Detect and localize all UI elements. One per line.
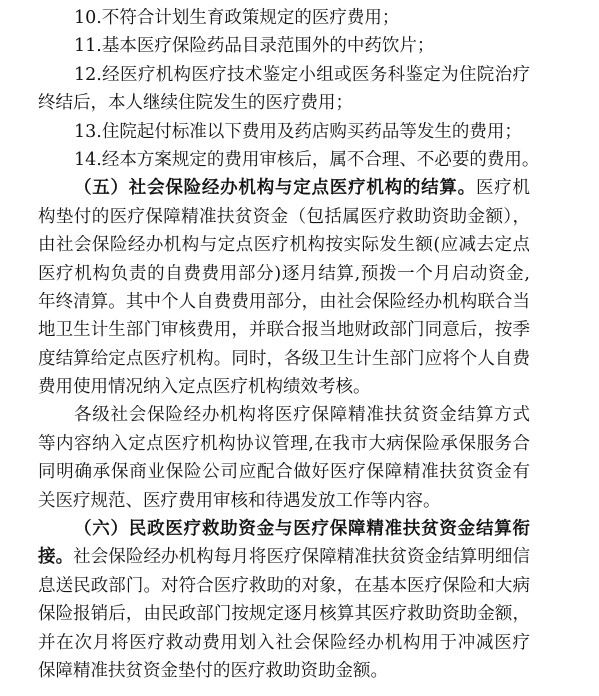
text-line: 14.经本方案规定的费用审核后，属不合理、不必要的费用。 [74, 146, 530, 174]
text-line: 同明确承保商业保险公司应配合做好医疗保障精准扶贫资金有 [38, 458, 530, 486]
text-line: 保险报销后，由民政部门按规定逐月核算其医疗救助资助金额， [38, 600, 530, 628]
paragraph-agreement-management: 各级社会保险经办机构将医疗保障精准扶贫资金结算方式 等内容纳入定点医疗机构协议管… [0, 401, 599, 515]
text-line: 医疗机构负责的自费费用部分)逐月结算,预拨一个月启动资金, [38, 260, 530, 288]
section-6-civil-affairs-linkage: （六）民政医疗救助资金与医疗保障精准扶贫资金结算衔 接。社会保险经办机构每月将医… [0, 515, 599, 685]
section-heading: （六）民政医疗救助资金与医疗保障精准扶贫资金结算衔 [74, 519, 530, 539]
body-text: 医疗机 [476, 178, 530, 198]
text-line: 构垫付的医疗保障精准扶贫资金（包括属医疗救助资助金额）， [38, 203, 530, 231]
text-line: 13.住院起付标准以下费用及药店购买药品等发生的费用； [74, 118, 530, 146]
list-item-12: 12.经医疗机构医疗技术鉴定小组或医务科鉴定为住院治疗 终结后，本人继续住院发生… [0, 61, 599, 118]
text-line: 保障精准扶贫资金垫付的医疗救助资助金额。 [38, 657, 530, 685]
text-line: 关医疗规范、医疗费用审核和待遇发放工作等内容。 [38, 487, 530, 515]
document-page: 10.不符合计划生育政策规定的医疗费用； 11.基本医疗保险药品目录范围外的中药… [0, 0, 599, 696]
text-line: 费用使用情况纳入定点医疗机构绩效考核。 [38, 373, 530, 401]
text-line: 年终清算。其中个人自费费用部分，由社会保险经办机构联合当 [38, 288, 530, 316]
list-item-14: 14.经本方案规定的费用审核后，属不合理、不必要的费用。 [0, 146, 599, 174]
body-text: 社会保险经办机构每月将医疗保障精准扶贫资金结算明细信 [73, 547, 530, 567]
list-item-10: 10.不符合计划生育政策规定的医疗费用； [0, 4, 599, 32]
section-heading-end: 接。 [38, 547, 73, 567]
section-5-settlement: （五）社会保险经办机构与定点医疗机构的结算。医疗机 构垫付的医疗保障精准扶贫资金… [0, 174, 599, 401]
text-line: 终结后，本人继续住院发生的医疗费用； [38, 89, 530, 117]
text-line: 地卫生计生部门审核费用，并联合报当地财政部门同意后，按季 [38, 316, 530, 344]
text-line: 11.基本医疗保险药品目录范围外的中药饮片； [74, 32, 530, 60]
text-line: （六）民政医疗救助资金与医疗保障精准扶贫资金结算衔 [74, 515, 530, 543]
text-line: 息送民政部门。对符合医疗救助的对象，在基本医疗保险和大病 [38, 572, 530, 600]
section-heading: （五）社会保险经办机构与定点医疗机构的结算。 [74, 178, 476, 198]
text-line: 10.不符合计划生育政策规定的医疗费用； [74, 4, 530, 32]
text-line: 等内容纳入定点医疗机构协议管理,在我市大病保险承保服务合 [38, 430, 530, 458]
list-item-13: 13.住院起付标准以下费用及药店购买药品等发生的费用； [0, 118, 599, 146]
text-line: 度结算给定点医疗机构。同时，各级卫生计生部门应将个人自费 [38, 345, 530, 373]
text-line: 由社会保险经办机构与定点医疗机构按实际发生额(应减去定点 [38, 231, 530, 259]
text-line: 接。社会保险经办机构每月将医疗保障精准扶贫资金结算明细信 [38, 543, 530, 571]
text-line: 并在次月将医疗救动费用划入社会保险经办机构用于冲减医疗 [38, 629, 530, 657]
text-line: 12.经医疗机构医疗技术鉴定小组或医务科鉴定为住院治疗 [74, 61, 530, 89]
text-line: 各级社会保险经办机构将医疗保障精准扶贫资金结算方式 [74, 401, 530, 429]
text-line: （五）社会保险经办机构与定点医疗机构的结算。医疗机 [74, 174, 530, 202]
list-item-11: 11.基本医疗保险药品目录范围外的中药饮片； [0, 32, 599, 60]
